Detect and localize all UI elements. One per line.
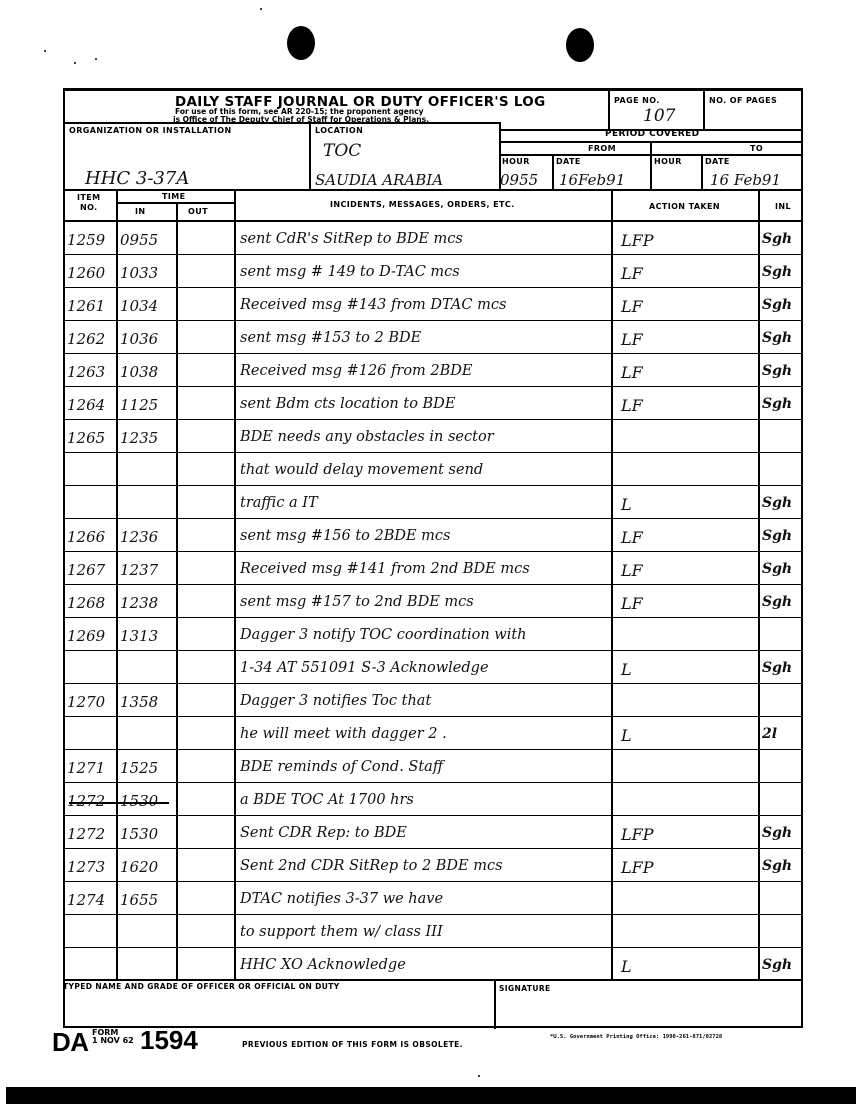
punch-hole-left bbox=[287, 26, 315, 60]
table-row: 12651235BDE needs any obstacles in secto… bbox=[65, 420, 803, 453]
table-row: 12711525BDE reminds of Cond. Staff bbox=[65, 750, 803, 783]
table-row: 12661236sent msg #156 to 2BDE mcsLFSgh bbox=[65, 519, 803, 552]
table-row: 12601033sent msg # 149 to D-TAC mcsLFSgh bbox=[65, 255, 803, 288]
time-in-cell[interactable]: 1036 bbox=[120, 330, 175, 348]
to-date-label: DATE bbox=[705, 157, 730, 166]
item-no-cell[interactable]: 1262 bbox=[67, 330, 115, 348]
time-in-cell[interactable]: 0955 bbox=[120, 231, 175, 249]
action-taken-cell[interactable]: L bbox=[617, 957, 759, 976]
incident-text-cell[interactable]: Dagger 3 notify TOC coordination with bbox=[240, 627, 610, 643]
action-taken-cell[interactable]: LF bbox=[617, 561, 759, 580]
location-label: LOCATION bbox=[315, 126, 363, 135]
item-no-cell[interactable]: 1274 bbox=[67, 891, 115, 909]
initials-header: INL bbox=[775, 202, 791, 211]
initials-cell[interactable]: Sgh bbox=[762, 561, 802, 577]
item-no-cell[interactable]: 1270 bbox=[67, 693, 115, 711]
divider bbox=[701, 154, 703, 189]
time-in-cell[interactable]: 1038 bbox=[120, 363, 175, 381]
incident-text-cell[interactable]: to support them w/ class III bbox=[240, 924, 610, 940]
to-date-field[interactable]: 16 Feb91 bbox=[710, 171, 781, 189]
table-row: 12631038Received msg #126 from 2BDELFSgh bbox=[65, 354, 803, 387]
scan-speck bbox=[260, 8, 262, 10]
item-no-cell[interactable]: 1267 bbox=[67, 561, 115, 579]
typed-name-label: TYPED NAME AND GRADE OF OFFICER OR OFFIC… bbox=[63, 982, 340, 991]
action-taken-cell[interactable]: LF bbox=[617, 264, 759, 283]
action-taken-cell[interactable]: LFP bbox=[617, 825, 759, 844]
no-of-pages-label: NO. OF PAGES bbox=[709, 96, 777, 105]
initials-cell[interactable]: Sgh bbox=[762, 264, 802, 280]
action-taken-cell[interactable]: L bbox=[617, 495, 759, 514]
table-row: 12611034Received msg #143 from DTAC mcsL… bbox=[65, 288, 803, 321]
table-row: 1-34 AT 551091 S-3 AcknowledgeLSgh bbox=[65, 651, 803, 684]
initials-cell[interactable]: 2l bbox=[762, 726, 802, 742]
scan-speck bbox=[74, 62, 76, 64]
page-no-field[interactable]: 107 bbox=[643, 106, 675, 126]
incidents-header: INCIDENTS, MESSAGES, ORDERS, ETC. bbox=[330, 200, 515, 209]
item-no-header-line2: NO. bbox=[80, 203, 98, 212]
incident-text-cell[interactable]: sent msg #153 to 2 BDE bbox=[240, 330, 610, 346]
from-label: FROM bbox=[588, 144, 616, 153]
page-no-label: PAGE NO. bbox=[614, 96, 660, 105]
table-row: 12701358Dagger 3 notifies Toc that bbox=[65, 684, 803, 717]
item-no-cell[interactable]: 1269 bbox=[67, 627, 115, 645]
incident-text-cell[interactable]: sent CdR's SitRep to BDE mcs bbox=[240, 231, 610, 247]
initials-cell[interactable]: Sgh bbox=[762, 363, 802, 379]
time-in-cell[interactable]: 1358 bbox=[120, 693, 175, 711]
item-no-cell[interactable]: 1271 bbox=[67, 759, 115, 777]
incident-text-cell[interactable]: Dagger 3 notifies Toc that bbox=[240, 693, 610, 709]
table-row: 12671237Received msg #141 from 2nd BDE m… bbox=[65, 552, 803, 585]
initials-cell[interactable]: Sgh bbox=[762, 594, 802, 610]
time-in-cell[interactable]: 1530 bbox=[120, 792, 175, 810]
table-row: HHC XO AcknowledgeLSgh bbox=[65, 948, 803, 981]
action-taken-cell[interactable]: L bbox=[617, 726, 759, 745]
divider bbox=[552, 154, 554, 189]
action-taken-header: ACTION TAKEN bbox=[649, 202, 720, 211]
time-in-cell[interactable]: 1238 bbox=[120, 594, 175, 612]
item-no-cell[interactable]: 1272 bbox=[67, 825, 115, 843]
item-no-cell[interactable]: 1263 bbox=[67, 363, 115, 381]
from-hour-label: HOUR bbox=[502, 157, 530, 166]
scan-speck bbox=[44, 50, 46, 52]
table-row: 12731620Sent 2nd CDR SitRep to 2 BDE mcs… bbox=[65, 849, 803, 882]
journal-form: DAILY STAFF JOURNAL OR DUTY OFFICER'S LO… bbox=[63, 88, 803, 1028]
to-label: TO bbox=[750, 144, 763, 153]
time-in-cell[interactable]: 1235 bbox=[120, 429, 175, 447]
action-taken-cell[interactable]: LF bbox=[617, 528, 759, 547]
time-in-cell[interactable]: 1125 bbox=[120, 396, 175, 414]
incident-text-cell[interactable]: 1-34 AT 551091 S-3 Acknowledge bbox=[240, 660, 610, 676]
time-in-cell[interactable]: 1236 bbox=[120, 528, 175, 546]
incident-text-cell[interactable]: a BDE TOC At 1700 hrs bbox=[240, 792, 610, 808]
incident-text-cell[interactable]: sent msg #156 to 2BDE mcs bbox=[240, 528, 610, 544]
initials-cell[interactable]: Sgh bbox=[762, 330, 802, 346]
incident-text-cell[interactable]: that would delay movement send bbox=[240, 462, 610, 478]
organization-field[interactable]: HHC 3-37A bbox=[85, 168, 189, 189]
item-no-cell[interactable]: 1272 bbox=[67, 792, 115, 810]
item-no-cell[interactable]: 1261 bbox=[67, 297, 115, 315]
divider bbox=[608, 91, 610, 129]
time-in-header: IN bbox=[135, 207, 145, 216]
organization-label: ORGANIZATION OR INSTALLATION bbox=[69, 126, 232, 135]
from-hour-field[interactable]: 0955 bbox=[500, 171, 538, 189]
incident-text-cell[interactable]: Received msg #143 from DTAC mcs bbox=[240, 297, 610, 313]
form-da-label: DA bbox=[52, 1027, 89, 1058]
initials-cell[interactable]: Sgh bbox=[762, 825, 802, 841]
initials-cell[interactable]: Sgh bbox=[762, 231, 802, 247]
to-hour-label: HOUR bbox=[654, 157, 682, 166]
time-in-cell[interactable]: 1620 bbox=[120, 858, 175, 876]
table-row: he will meet with dagger 2 .L2l bbox=[65, 717, 803, 750]
incident-text-cell[interactable]: DTAC notifies 3-37 we have bbox=[240, 891, 610, 907]
divider bbox=[65, 189, 803, 191]
gpo-imprint: *U.S. Government Printing Office: 1990-2… bbox=[550, 1034, 722, 1040]
initials-cell[interactable]: Sgh bbox=[762, 495, 802, 511]
time-in-cell[interactable]: 1033 bbox=[120, 264, 175, 282]
initials-cell[interactable]: Sgh bbox=[762, 957, 802, 973]
signature-label: SIGNATURE bbox=[499, 984, 551, 993]
period-covered-label: PERIOD COVERED bbox=[605, 129, 700, 139]
table-row: 12691313Dagger 3 notify TOC coordination… bbox=[65, 618, 803, 651]
time-in-cell[interactable]: 1034 bbox=[120, 297, 175, 315]
incident-text-cell[interactable]: HHC XO Acknowledge bbox=[240, 957, 610, 973]
table-row: 12721530Sent CDR Rep: to BDELFPSgh bbox=[65, 816, 803, 849]
from-date-label: DATE bbox=[556, 157, 581, 166]
divider bbox=[499, 154, 803, 156]
action-taken-cell[interactable]: LFP bbox=[617, 858, 759, 877]
divider bbox=[650, 141, 652, 189]
divider bbox=[309, 122, 311, 189]
action-taken-cell[interactable]: LF bbox=[617, 396, 759, 415]
table-row: that would delay movement send bbox=[65, 453, 803, 486]
incident-text-cell[interactable]: sent Bdm cts location to BDE bbox=[240, 396, 610, 412]
incident-text-cell[interactable]: Sent CDR Rep: to BDE bbox=[240, 825, 610, 841]
table-row: 12621036sent msg #153 to 2 BDELFSgh bbox=[65, 321, 803, 354]
action-taken-cell[interactable]: L bbox=[617, 660, 759, 679]
divider bbox=[116, 202, 234, 204]
incident-text-cell[interactable]: Sent 2nd CDR SitRep to 2 BDE mcs bbox=[240, 858, 610, 874]
table-row: 12681238sent msg #157 to 2nd BDE mcsLFSg… bbox=[65, 585, 803, 618]
incident-text-cell[interactable]: he will meet with dagger 2 . bbox=[240, 726, 610, 742]
item-no-cell[interactable]: 1259 bbox=[67, 231, 115, 249]
item-no-cell[interactable]: 1264 bbox=[67, 396, 115, 414]
time-in-cell[interactable]: 1313 bbox=[120, 627, 175, 645]
divider bbox=[65, 122, 499, 124]
initials-cell[interactable]: Sgh bbox=[762, 297, 802, 313]
from-date-field[interactable]: 16Feb91 bbox=[559, 171, 625, 189]
initials-cell[interactable]: Sgh bbox=[762, 660, 802, 676]
action-taken-cell[interactable]: LF bbox=[617, 363, 759, 382]
divider bbox=[65, 979, 803, 981]
table-row: to support them w/ class III bbox=[65, 915, 803, 948]
time-out-header: OUT bbox=[188, 207, 208, 216]
time-in-cell[interactable]: 1655 bbox=[120, 891, 175, 909]
time-in-cell[interactable]: 1237 bbox=[120, 561, 175, 579]
time-header: TIME bbox=[162, 192, 185, 201]
incident-text-cell[interactable]: sent msg # 149 to D-TAC mcs bbox=[240, 264, 610, 280]
table-row: 12721530a BDE TOC At 1700 hrs bbox=[65, 783, 803, 816]
strikethrough-mark bbox=[69, 802, 169, 804]
incident-text-cell[interactable]: traffic a IT bbox=[240, 495, 610, 511]
form-edition-label: FORM 1 NOV 62 bbox=[92, 1029, 134, 1045]
item-no-cell[interactable]: 1265 bbox=[67, 429, 115, 447]
incident-text-cell[interactable]: Received msg #141 from 2nd BDE mcs bbox=[240, 561, 610, 577]
incident-text-cell[interactable]: sent msg #157 to 2nd BDE mcs bbox=[240, 594, 610, 610]
previous-edition-notice: PREVIOUS EDITION OF THIS FORM IS OBSOLET… bbox=[242, 1040, 463, 1049]
incident-text-cell[interactable]: BDE reminds of Cond. Staff bbox=[240, 759, 610, 775]
item-no-cell[interactable]: 1268 bbox=[67, 594, 115, 612]
table-row: traffic a ITLSgh bbox=[65, 486, 803, 519]
table-row: 12590955sent CdR's SitRep to BDE mcsLFPS… bbox=[65, 222, 803, 255]
scan-speck bbox=[95, 58, 97, 60]
scan-speck bbox=[478, 1075, 480, 1077]
item-no-cell[interactable]: 1266 bbox=[67, 528, 115, 546]
initials-cell[interactable]: Sgh bbox=[762, 396, 802, 412]
item-no-cell[interactable]: 1260 bbox=[67, 264, 115, 282]
divider bbox=[494, 979, 496, 1029]
initials-cell[interactable]: Sgh bbox=[762, 528, 802, 544]
form-number: 1594 bbox=[140, 1025, 198, 1056]
table-row: 12741655DTAC notifies 3-37 we have bbox=[65, 882, 803, 915]
location-field-line2[interactable]: SAUDIA ARABIA bbox=[315, 171, 443, 189]
form-edition-date: 1 NOV 62 bbox=[92, 1037, 134, 1045]
action-taken-cell[interactable]: LFP bbox=[617, 231, 759, 250]
incident-text-cell[interactable]: Received msg #126 from 2BDE bbox=[240, 363, 610, 379]
time-in-cell[interactable]: 1525 bbox=[120, 759, 175, 777]
action-taken-cell[interactable]: LF bbox=[617, 297, 759, 316]
action-taken-cell[interactable]: LF bbox=[617, 594, 759, 613]
item-no-header-line1: ITEM bbox=[77, 193, 100, 202]
punch-hole-right bbox=[566, 28, 594, 62]
table-row: 12641125sent Bdm cts location to BDELFSg… bbox=[65, 387, 803, 420]
divider bbox=[703, 91, 705, 129]
time-in-cell[interactable]: 1530 bbox=[120, 825, 175, 843]
initials-cell[interactable]: Sgh bbox=[762, 858, 802, 874]
item-no-cell[interactable]: 1273 bbox=[67, 858, 115, 876]
scan-edge-bar bbox=[6, 1087, 856, 1104]
location-field-line1[interactable]: TOC bbox=[323, 141, 361, 161]
incident-text-cell[interactable]: BDE needs any obstacles in sector bbox=[240, 429, 610, 445]
action-taken-cell[interactable]: LF bbox=[617, 330, 759, 349]
